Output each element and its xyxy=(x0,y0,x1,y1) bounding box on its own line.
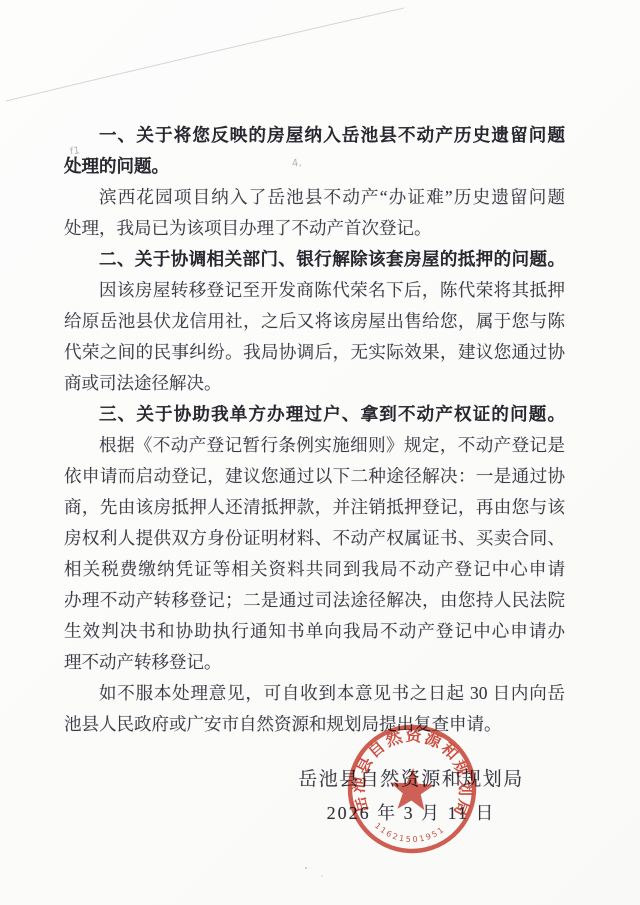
body-line: 商或司法途径解决。 xyxy=(64,368,565,399)
body-line: 相关税费缴纳凭证等相关资料共同到我局不动产登记中心申请 xyxy=(64,554,565,585)
scanned-document-page: f1 4, 一、关于将您反映的房屋纳入岳池县不动产历史遗留问题处理的问题。滨西花… xyxy=(0,0,640,905)
official-seal: 岳池县自然资源和规划局 5116215019515 xyxy=(333,710,491,868)
body-line: 依申请而启动登记，建议您通过以下二种途径解决：一是通过协 xyxy=(64,461,565,492)
body-line: 代荣之间的民事纠纷。我局协调后，无实际效果，建议您通过协 xyxy=(64,337,565,368)
heading-line: 二、关于协调相关部门、银行解除该套房屋的抵押的问题。 xyxy=(64,244,565,275)
body-line: 房权利人提供双方身份证明材料、不动产权属证书、买卖合同、 xyxy=(64,523,565,554)
body-line: 理不动产转移登记。 xyxy=(64,647,565,678)
scan-speckle xyxy=(305,867,307,869)
heading-line: 处理的问题。 xyxy=(64,151,565,182)
heading-line: 一、关于将您反映的房屋纳入岳池县不动产历史遗留问题 xyxy=(64,120,565,151)
scan-speckle xyxy=(321,875,323,877)
body-line: 根据《不动产登记暂行条例实施细则》规定，不动产登记是 xyxy=(64,430,565,461)
body-line: 滨西花园项目纳入了岳池县不动产“办证难”历史遗留问题 xyxy=(64,182,565,213)
body-line: 如不服本处理意见，可自收到本意见书之日起 30 日内向岳 xyxy=(64,678,565,709)
seal-star-icon xyxy=(389,767,435,811)
body-line: 生效判决书和协助执行通知书单向我局不动产登记中心申请办 xyxy=(64,616,565,647)
document-body: 一、关于将您反映的房屋纳入岳池县不动产历史遗留问题处理的问题。滨西花园项目纳入了… xyxy=(64,120,565,740)
body-line: 因该房屋转移登记至开发商陈代荣名下后，陈代荣将其抵押 xyxy=(64,275,565,306)
body-line: 处理，我局已为该项目办理了不动产首次登记。 xyxy=(64,213,565,244)
body-line: 给原岳池县伏龙信用社，之后又将该房屋出售给您，属于您与陈 xyxy=(64,306,565,337)
body-line: 商，先由该房抵押人还清抵押款，并注销抵押登记，再由您与该 xyxy=(64,492,565,523)
body-line: 办理不动产转移登记；二是通过司法途径解决，由您持人民法院 xyxy=(64,585,565,616)
heading-line: 三、关于协助我单方办理过户、拿到不动产权证的问题。 xyxy=(64,399,565,430)
scan-crease-line xyxy=(6,8,404,101)
